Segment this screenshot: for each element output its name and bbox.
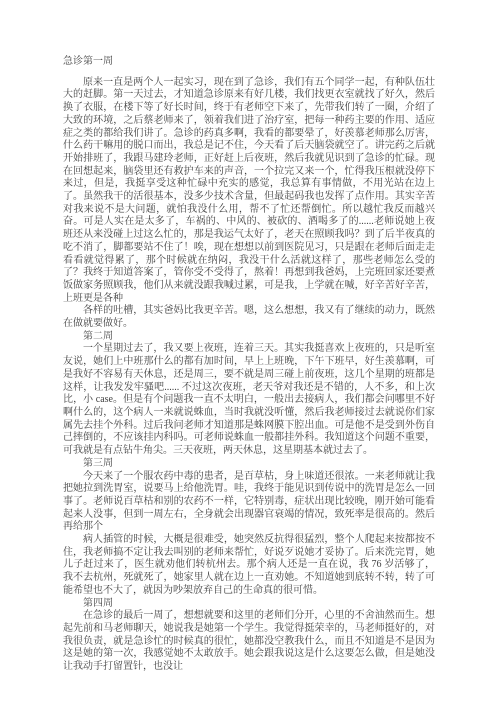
paragraph-week1-continuation: 各样的吐槽，其实爸妈比我更辛苦。嗯，这么想想，我又有了继续的动力，既然在做就要做… bbox=[63, 305, 435, 330]
paragraph-week2: 一个星期过去了，我又要上夜班，连着三天。其实我挺喜欢上夜班的，只是听室友说，她们… bbox=[63, 343, 435, 457]
document-page: 急诊第一周 原来一直是两个人一起实习，现在到了急诊，我们有五个同学一起，有种队伍… bbox=[0, 0, 496, 702]
section-heading-week4: 第四周 bbox=[63, 598, 435, 611]
document-body: 急诊第一周 原来一直是两个人一起实习，现在到了急诊，我们有五个同学一起，有种队伍… bbox=[63, 56, 435, 674]
document-title: 急诊第一周 bbox=[63, 56, 435, 69]
paragraph-week4: 在急诊的最后一周了，想想就要和这里的老师们分开，心里的不舍油然而生。想起先前和马… bbox=[63, 610, 435, 674]
section-heading-week2: 第二周 bbox=[63, 331, 435, 344]
paragraph-week3-main: 今天来了一个服农药中毒的患者，是百草枯，身上味道还很浓。一来老师就让我把她拉到洗… bbox=[63, 471, 435, 535]
paragraph-week3-continuation: 病人插管的时候，大概是很难受，她突然反抗得很猛烈，整个人爬起来按都按不住，我老师… bbox=[63, 534, 435, 598]
section-heading-week3: 第三周 bbox=[63, 458, 435, 471]
paragraph-week1-main: 原来一直是两个人一起实习，现在到了急诊，我们有五个同学一起，有种队伍壮大的赶脚。… bbox=[63, 77, 435, 306]
